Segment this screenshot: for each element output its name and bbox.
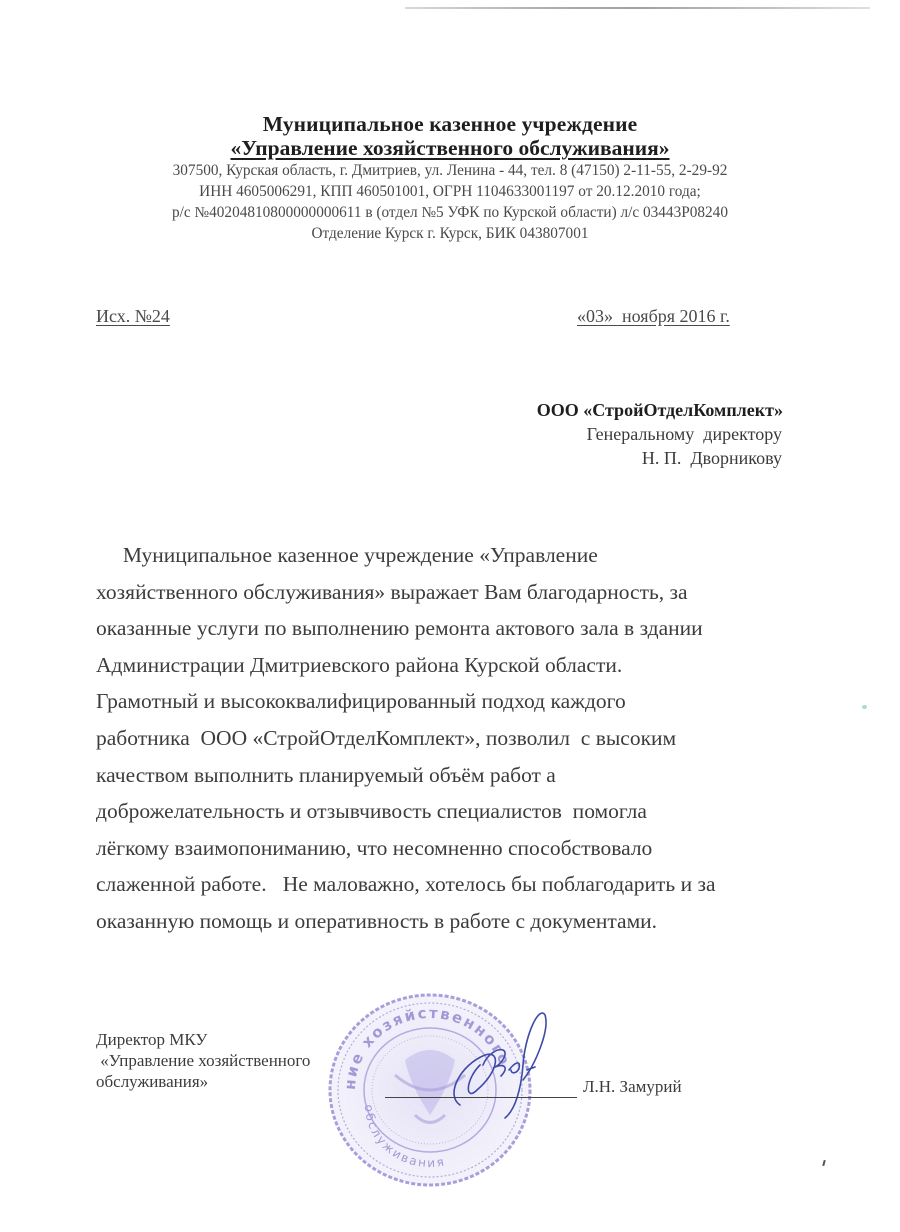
body-line: Муниципальное казенное учреждение «Управ… xyxy=(96,537,816,574)
requisites-bank: Отделение Курск г. Курск, БИК 043807001 xyxy=(0,225,900,243)
org-name: «Управление хозяйственного обслуживания» xyxy=(0,136,900,161)
scan-speck xyxy=(822,1160,825,1166)
signature-line xyxy=(385,1097,577,1098)
addressee-position: Генеральному директору xyxy=(587,424,782,445)
body-line: Грамотный и высококвалифицированный подх… xyxy=(96,683,816,720)
signer-position-line-2: «Управление хозяйственного xyxy=(96,1051,310,1071)
requisites-account: р/с №40204810800000000611 в (отдел №5 УФ… xyxy=(0,204,900,222)
scan-edge-line xyxy=(405,7,870,9)
requisites-tax-ids: ИНН 4605006291, КПП 460501001, ОГРН 1104… xyxy=(0,183,900,201)
org-title: Муниципальное казенное учреждение xyxy=(0,112,900,137)
body-line: хозяйственного обслуживания» выражает Ва… xyxy=(96,574,816,611)
letter-body: Муниципальное казенное учреждение «Управ… xyxy=(96,537,816,940)
outgoing-number: Исх. №24 xyxy=(96,306,170,327)
signer-position-line-1: Директор МКУ xyxy=(96,1030,207,1050)
requisites-address: 307500, Курская область, г. Дмитриев, ул… xyxy=(0,162,900,180)
document-date: «03» ноября 2016 г. xyxy=(577,306,730,327)
body-line: оказанные услуги по выполнению ремонта а… xyxy=(96,610,816,647)
body-line: оказанную помощь и оперативность в работ… xyxy=(96,903,816,940)
body-line: лёгкому взаимопониманию, что несомненно … xyxy=(96,830,816,867)
addressee-company: ООО «СтройОтделКомплект» xyxy=(537,400,783,421)
scan-speck xyxy=(862,705,867,709)
addressee-name: Н. П. Дворникову xyxy=(642,448,782,469)
body-line: работника ООО «СтройОтделКомплект», позв… xyxy=(96,720,816,757)
signer-position-line-3: обслуживания» xyxy=(96,1072,208,1092)
body-line: качеством выполнить планируемый объём ра… xyxy=(96,757,816,794)
body-line: Администрации Дмитриевского района Курск… xyxy=(96,647,816,684)
body-line: слаженной работе. Не маловажно, хотелось… xyxy=(96,866,816,903)
signer-name: Л.Н. Замурий xyxy=(583,1077,682,1097)
org-name-text: «Управление хозяйственного обслуживания» xyxy=(230,136,669,160)
body-line: доброжелательность и отзывчивость специа… xyxy=(96,793,816,830)
handwritten-signature-icon xyxy=(405,1010,565,1120)
